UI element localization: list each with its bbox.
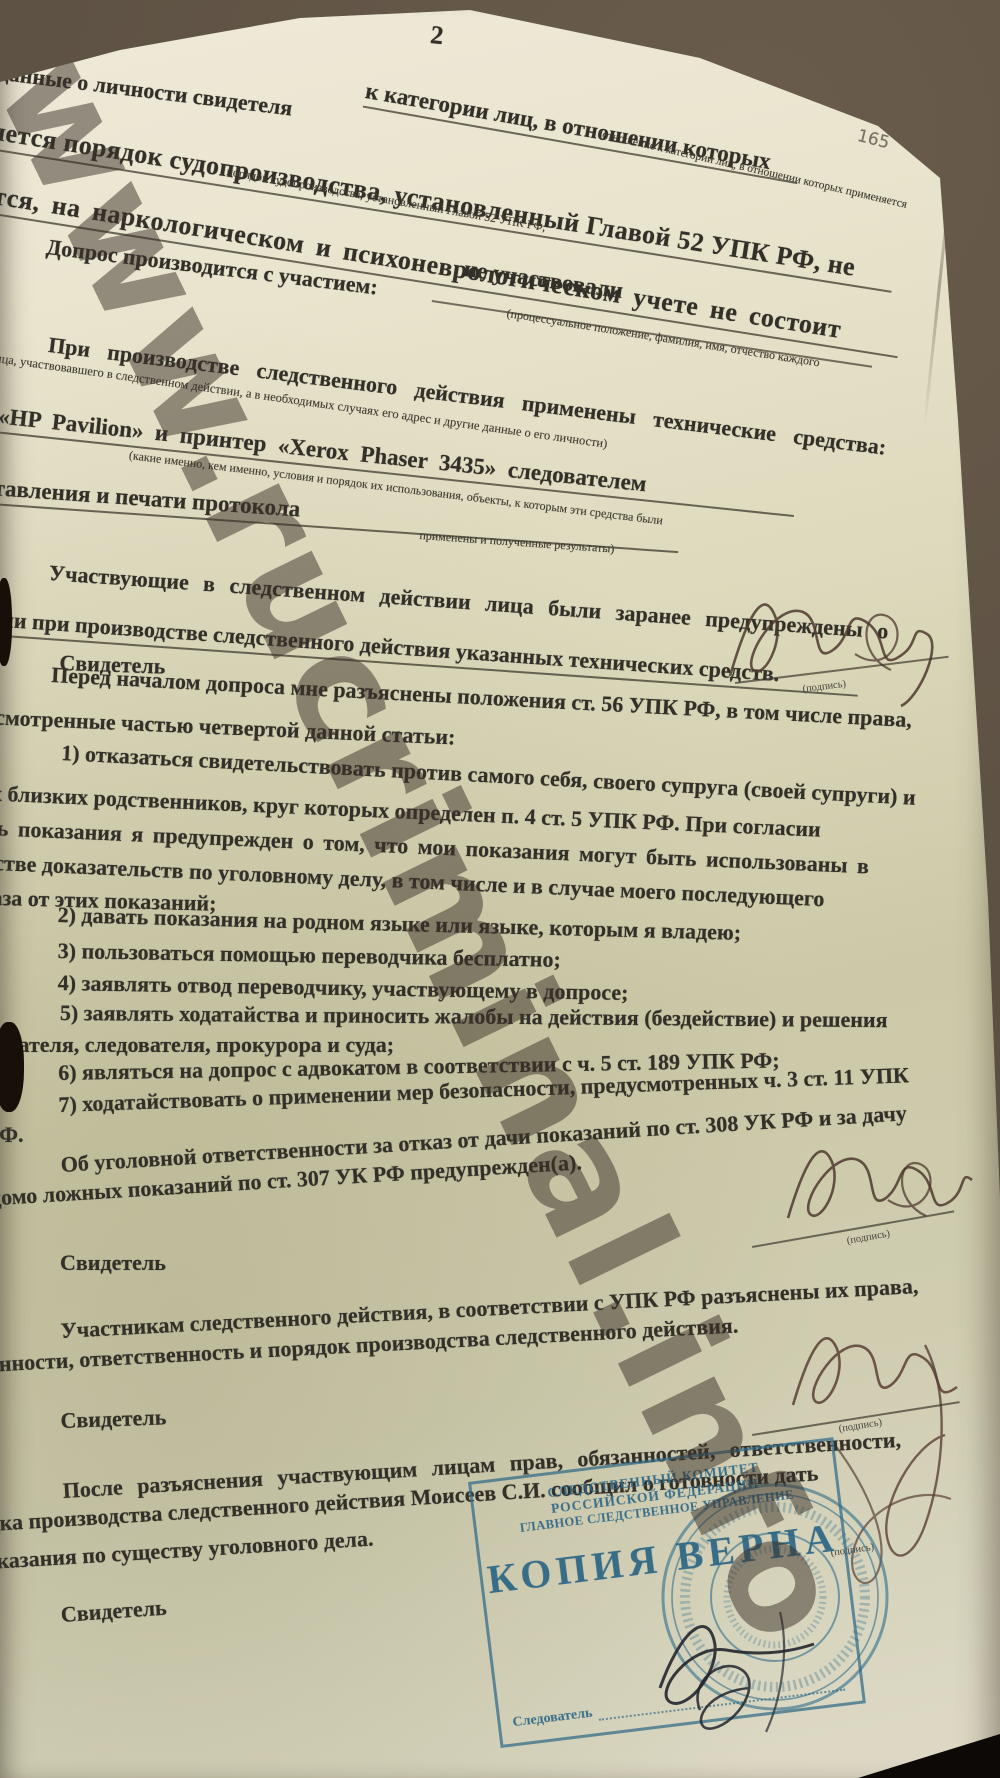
binding-mark-top bbox=[0, 578, 12, 666]
page-fold-crease bbox=[923, 141, 956, 430]
right-5-line-2: дознавателя, следователя, прокурора и су… bbox=[0, 1032, 394, 1058]
ready-line-3: показания по существу уголовного дела. bbox=[0, 1526, 374, 1576]
right-3: 3) пользоваться помощью переводчика бесп… bbox=[58, 938, 561, 973]
signature-investigator bbox=[630, 1592, 830, 1742]
witness-heading-2: Свидетель bbox=[60, 1250, 166, 1276]
photo-of-document: 2 165 Иные данные о личности свидетеля к… bbox=[0, 0, 1000, 1778]
document-page: 2 165 Иные данные о личности свидетеля к… bbox=[0, 0, 1000, 1778]
right-5-line-1: 5) заявлять ходатайства и приносить жало… bbox=[60, 1000, 888, 1033]
handwritten-page-note: 165 bbox=[855, 126, 891, 153]
page-number: 2 bbox=[429, 20, 445, 51]
right-7-line-2: РФ. bbox=[0, 1122, 23, 1148]
witness-heading-4: Свидетель bbox=[60, 1595, 167, 1628]
witness-heading-3: Свидетель bbox=[60, 1404, 167, 1434]
binding-mark-bottom bbox=[0, 1022, 24, 1112]
witness-data-label: Иные данные о личности свидетеля bbox=[0, 52, 294, 122]
stamp-investigator-label: Следователь bbox=[512, 1706, 594, 1732]
